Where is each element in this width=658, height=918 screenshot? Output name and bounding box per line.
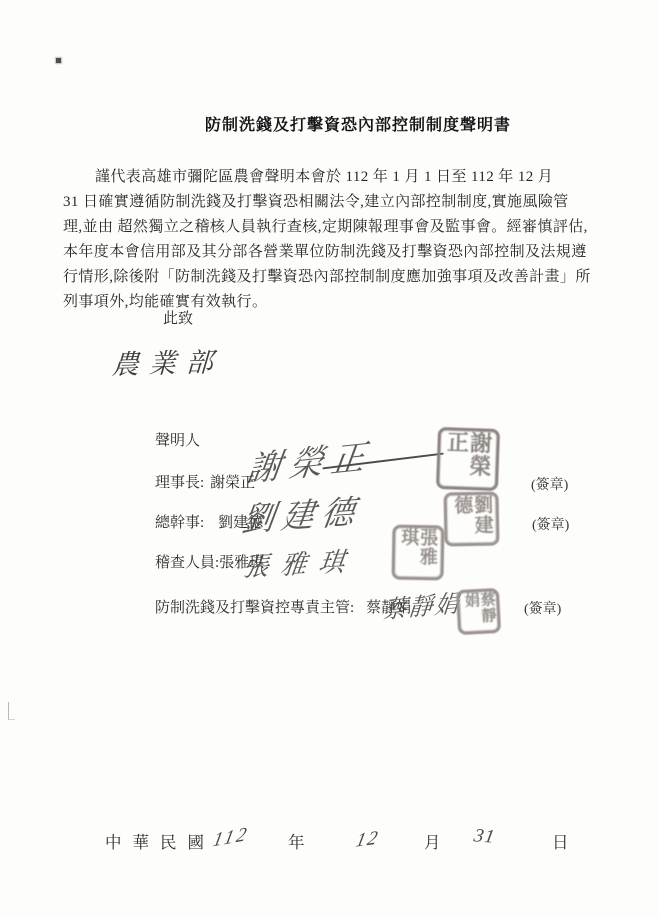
role-label: 防制洗錢及打擊資控專責主管: bbox=[155, 596, 354, 617]
declaration-paragraph: 謹代表高雄市彌陀區農會聲明本會於 112 年 1 月 1 日至 112 年 12… bbox=[63, 165, 603, 315]
sign-here-note: (簽章) bbox=[532, 514, 569, 534]
date-line: 中華民國 112 年 12 月 31 日 bbox=[0, 829, 658, 853]
seal-general-manager: 劉建德 bbox=[444, 492, 500, 547]
signature-general-manager: 劉建德 bbox=[239, 485, 365, 541]
year-value-handwritten: 112 bbox=[211, 823, 251, 852]
salutation: 此致 bbox=[163, 307, 193, 328]
signature-inspector: 張雅琪 bbox=[241, 541, 359, 584]
era-label: 中華民國 bbox=[105, 829, 215, 853]
month-value-handwritten: 12 bbox=[354, 827, 382, 853]
role-label: 理事長: bbox=[155, 471, 204, 492]
scan-artifact-dot bbox=[56, 58, 61, 63]
paragraph-line: 列事項外,均能確實有效執行。 bbox=[63, 290, 603, 315]
role-label: 總幹事: bbox=[155, 511, 204, 532]
signature-aml-officer: 蔡靜娟 bbox=[381, 583, 462, 625]
declarant-label: 聲明人 bbox=[155, 429, 200, 450]
signer-row-aml-officer: 防制洗錢及打擊資控專責主管: 蔡靜娟 bbox=[155, 596, 411, 617]
scanned-declaration-document: 防制洗錢及打擊資恐內部控制制度聲明書 謹代表高雄市彌陀區農會聲明本會於 112 … bbox=[0, 0, 658, 918]
paragraph-line: 行情形,除後附「防制洗錢及打擊資恐內部控制制度應加強事項及改善計畫」所 bbox=[63, 265, 603, 290]
seal-chairman: 謝榮正 bbox=[436, 427, 500, 491]
day-value-handwritten: 31 bbox=[472, 825, 497, 848]
day-label: 日 bbox=[552, 829, 569, 853]
paragraph-line: 31 日確實遵循防制洗錢及打擊資恐相關法令,建立內部控制制度,實施風險管 bbox=[63, 190, 603, 215]
scan-artifact-pencil-mark bbox=[8, 702, 15, 720]
signer-row-chairman: 理事長: 謝榮正 bbox=[155, 471, 255, 492]
sign-here-note: (簽章) bbox=[531, 474, 568, 494]
month-label: 月 bbox=[424, 829, 441, 853]
paragraph-line: 理,並由 超然獨立之稽核人員執行查核,定期陳報理事會及監事會。經審慎評估, bbox=[63, 215, 603, 240]
seal-inspector: 張雅琪 bbox=[392, 525, 445, 581]
paragraph-line: 謹代表高雄市彌陀區農會聲明本會於 112 年 1 月 1 日至 112 年 12… bbox=[63, 165, 603, 190]
year-label: 年 bbox=[288, 829, 305, 853]
sign-here-note: (簽章) bbox=[524, 598, 561, 618]
document-title: 防制洗錢及打擊資恐內部控制制度聲明書 bbox=[205, 112, 511, 135]
signature-chairman: 謝榮正 bbox=[244, 428, 376, 491]
addressee-handwritten: 農業部 bbox=[111, 340, 224, 382]
role-label: 稽查人員: bbox=[155, 551, 219, 572]
seal-aml-officer: 蔡靜娟 bbox=[456, 588, 501, 635]
paragraph-line: 本年度本會信用部及其分部各營業單位防制洗錢及打擊資恐內部控制及法規遵 bbox=[63, 240, 603, 265]
